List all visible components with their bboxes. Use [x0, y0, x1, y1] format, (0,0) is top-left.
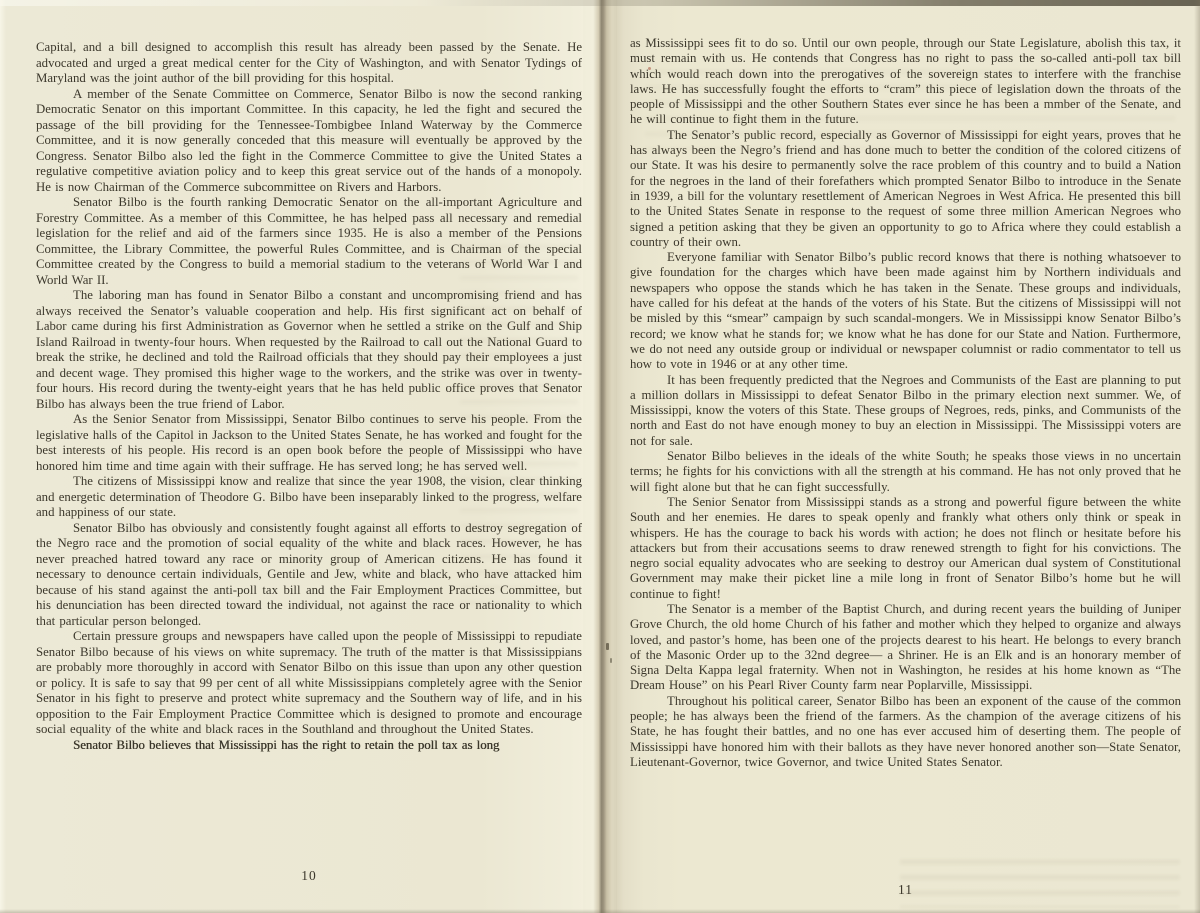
paragraph: Certain pressure groups and newspapers h…	[36, 629, 582, 738]
paragraph: A member of the Senate Committee on Comm…	[36, 87, 582, 196]
paragraph: Everyone familiar with Senator Bilbo’s p…	[630, 250, 1181, 372]
book-gutter-shadow	[583, 0, 617, 913]
paragraph: The Senator’s public record, especially …	[630, 128, 1181, 250]
paragraph: The Senator is a member of the Baptist C…	[630, 602, 1181, 694]
paragraph: The Senior Senator from Mississippi stan…	[630, 495, 1181, 602]
page-10-text: Capital, and a bill designed to accompli…	[36, 40, 582, 866]
paragraph: Senator Bilbo believes in the ideals of …	[630, 449, 1181, 495]
paragraph: The citizens of Mississippi know and rea…	[36, 474, 582, 521]
paragraph: It has been frequently predicted that th…	[630, 373, 1181, 449]
book-spread: Capital, and a bill designed to accompli…	[0, 0, 1200, 913]
page-11-number: 11	[630, 882, 1181, 898]
paragraph: The laboring man has found in Senator Bi…	[36, 288, 582, 412]
paragraph: Senator Bilbo believes that Mississippi …	[36, 738, 582, 754]
page-10-number: 10	[36, 868, 582, 884]
paragraph: Senator Bilbo is the fourth ranking Demo…	[36, 195, 582, 288]
paragraph: as Mississippi sees fit to do so. Until …	[630, 36, 1181, 128]
paragraph: Throughout his political career, Senator…	[630, 694, 1181, 770]
paragraph: As the Senior Senator from Mississippi, …	[36, 412, 582, 474]
paragraph: Senator Bilbo has obviously and consiste…	[36, 521, 582, 630]
page-11: as Mississippi sees fit to do so. Until …	[615, 0, 1200, 913]
paragraph: Capital, and a bill designed to accompli…	[36, 40, 582, 87]
page-11-text: as Mississippi sees fit to do so. Until …	[630, 36, 1181, 882]
page-10: Capital, and a bill designed to accompli…	[0, 0, 585, 913]
